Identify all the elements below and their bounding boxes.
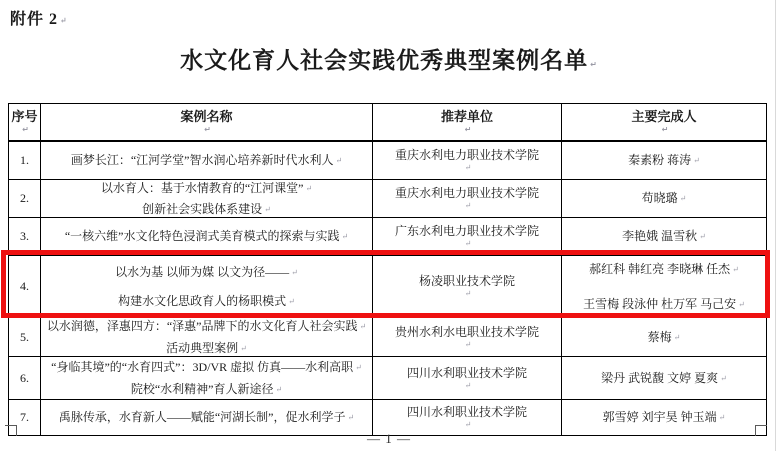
- contributors-line: 郝红科 韩红亮 李晓琳 任杰: [589, 261, 739, 277]
- case-name-line: 构建水文化思政育人的杨职模式: [118, 293, 295, 309]
- contributors-line: 郭雪婷 刘宇昊 钟玉端: [603, 409, 726, 425]
- case-name-line: 院校“水利精神”育人新途径: [131, 381, 282, 397]
- contributors-cell: 郝红科 韩红亮 李晓琳 任杰 王雪梅 段泳仲 杜万军 马己安: [562, 256, 767, 318]
- contributors-cell: 秦素粉 蒋涛: [562, 142, 767, 180]
- serial-cell: 5.: [9, 318, 41, 357]
- serial-cell: 2.: [9, 180, 41, 218]
- contributors-line: 苟晓璐: [642, 190, 687, 206]
- contributors-line: 王雪梅 段泳仲 杜万军 马己安: [583, 296, 745, 312]
- case-name-line: 以水为基 以师为媒 以文为径——: [115, 264, 298, 280]
- table-row: 5. 以水润德，泽惠四方：“泽惠”品牌下的水文化育人社会实践 活动典型案例 贵州…: [9, 318, 767, 357]
- attachment-label: 附件 2: [10, 6, 68, 29]
- contributors-line: 梁丹 武锐馥 文婷 夏爽: [601, 370, 727, 386]
- serial-cell: 6.: [9, 357, 41, 400]
- text-boundary-mark-bottom-right: [755, 425, 767, 436]
- case-name-line: 创新社会实践体系建设: [142, 201, 271, 217]
- case-name-line: 以水润德，泽惠四方：“泽惠”品牌下的水文化育人社会实践: [47, 318, 366, 334]
- table-row: 3. “一核六维”水文化特色浸润式美育模式的探索与实践 广东水利电力职业技术学院…: [9, 218, 767, 256]
- unit-cell: 广东水利电力职业技术学院: [373, 218, 562, 256]
- unit-cell: 重庆水利电力职业技术学院: [373, 180, 562, 218]
- table-row: 6. “身临其境”的“水育四式”：3D/VR 虚拟 仿真——水利高职 院校“水利…: [9, 357, 767, 400]
- table-header-row: 序号 案例名称 推荐单位 主要完成人: [9, 104, 767, 142]
- case-name-line: “身临其境”的“水育四式”：3D/VR 虚拟 仿真——水利高职: [51, 359, 362, 375]
- case-name-line: “一核六维”水文化特色浸润式美育模式的探索与实践: [65, 228, 348, 244]
- case-name-line: 画梦长江：“江河学堂”智水润心培养新时代水利人: [71, 152, 342, 168]
- contributors-cell: 梁丹 武锐馥 文婷 夏爽: [562, 357, 767, 400]
- case-name-cell: “一核六维”水文化特色浸润式美育模式的探索与实践: [41, 218, 373, 256]
- page-number: — 1 —: [0, 431, 778, 447]
- contributors-cell: 苟晓璐: [562, 180, 767, 218]
- contributors-cell: 李艳娥 温雪秋: [562, 218, 767, 256]
- contributors-cell: 蔡梅: [562, 318, 767, 357]
- case-name-cell: “身临其境”的“水育四式”：3D/VR 虚拟 仿真——水利高职 院校“水利精神”…: [41, 357, 373, 400]
- case-name-cell: 以水为基 以师为媒 以文为径—— 构建水文化思政育人的杨职模式: [41, 256, 373, 318]
- cases-table: 序号 案例名称 推荐单位 主要完成人 1. 画梦长江：“江河学堂”智水润心培养新…: [8, 103, 767, 436]
- unit-cell: 四川水利职业技术学院: [373, 357, 562, 400]
- contributors-line: 蔡梅: [648, 329, 681, 345]
- serial-cell: 4.: [9, 256, 41, 318]
- serial-cell: 3.: [9, 218, 41, 256]
- unit-cell: 重庆水利电力职业技术学院: [373, 142, 562, 180]
- case-name-line: 活动典型案例: [166, 340, 247, 356]
- header-serial: 序号: [9, 104, 41, 142]
- page-title: 水文化育人社会实践优秀典型案例名单: [0, 42, 778, 75]
- case-name-cell: 以水润德，泽惠四方：“泽惠”品牌下的水文化育人社会实践 活动典型案例: [41, 318, 373, 357]
- contributors-line: 李艳娥 温雪秋: [622, 228, 706, 244]
- case-name-cell: 画梦长江：“江河学堂”智水润心培养新时代水利人: [41, 142, 373, 180]
- unit-cell: 杨凌职业技术学院: [373, 256, 562, 318]
- case-name-line: 以水育人：基于水情教育的“江河课堂”: [101, 180, 312, 196]
- header-unit: 推荐单位: [373, 104, 562, 142]
- table-row: 1. 画梦长江：“江河学堂”智水润心培养新时代水利人 重庆水利电力职业技术学院 …: [9, 142, 767, 180]
- header-contributors: 主要完成人: [562, 104, 767, 142]
- page-edge-line: [775, 0, 776, 451]
- table-row-highlighted: 4. 以水为基 以师为媒 以文为径—— 构建水文化思政育人的杨职模式 杨凌职业技…: [9, 256, 767, 318]
- serial-cell: 1.: [9, 142, 41, 180]
- table-row: 2. 以水育人：基于水情教育的“江河课堂” 创新社会实践体系建设 重庆水利电力职…: [9, 180, 767, 218]
- header-case-name: 案例名称: [41, 104, 373, 142]
- case-name-line: 禹脉传承，水育新人——赋能“河湖长制”，促水利学子: [59, 409, 354, 425]
- unit-cell: 贵州水利水电职业技术学院: [373, 318, 562, 357]
- contributors-line: 秦素粉 蒋涛: [628, 152, 700, 168]
- text-boundary-mark-bottom-left: [5, 425, 17, 436]
- case-name-cell: 以水育人：基于水情教育的“江河课堂” 创新社会实践体系建设: [41, 180, 373, 218]
